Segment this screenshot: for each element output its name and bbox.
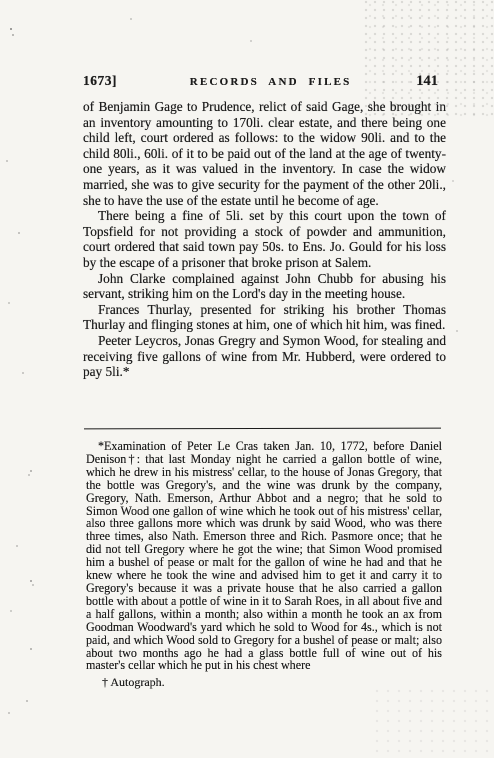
header-year: 1673] [83, 73, 117, 89]
main-text: of Benjamin Gage to Prudence, relict of … [83, 99, 446, 380]
footnote-section: *Examination of Peter Le Cras taken Jan.… [86, 440, 442, 689]
book-page: 1673] RECORDS AND FILES 141 of Benjamin … [0, 0, 494, 758]
footnote-separator [84, 428, 441, 430]
running-head: 1673] RECORDS AND FILES 141 [83, 73, 438, 90]
scan-noise-bottom-right [374, 688, 494, 758]
paragraph-gage-estate: of Benjamin Gage to Prudence, relict of … [83, 99, 446, 208]
scan-specks [0, 0, 2, 2]
paragraph-peeter-leycros: Peeter Leycros, Jonas Gregry and Symon W… [83, 333, 446, 380]
header-title: RECORDS AND FILES [190, 76, 352, 88]
paragraph-frances-thurlay: Frances Thurlay, presented for striking … [83, 302, 446, 333]
paragraph-topsfield-fine: There being a fine of 5li. set by this c… [83, 208, 446, 270]
footnote-examination-text: *Examination of Peter Le Cras taken Jan.… [86, 440, 442, 672]
header-page-number: 141 [416, 73, 438, 90]
paragraph-john-clarke: John Clarke complained against John Chub… [83, 271, 446, 302]
autograph-note: † Autograph. [86, 676, 442, 689]
